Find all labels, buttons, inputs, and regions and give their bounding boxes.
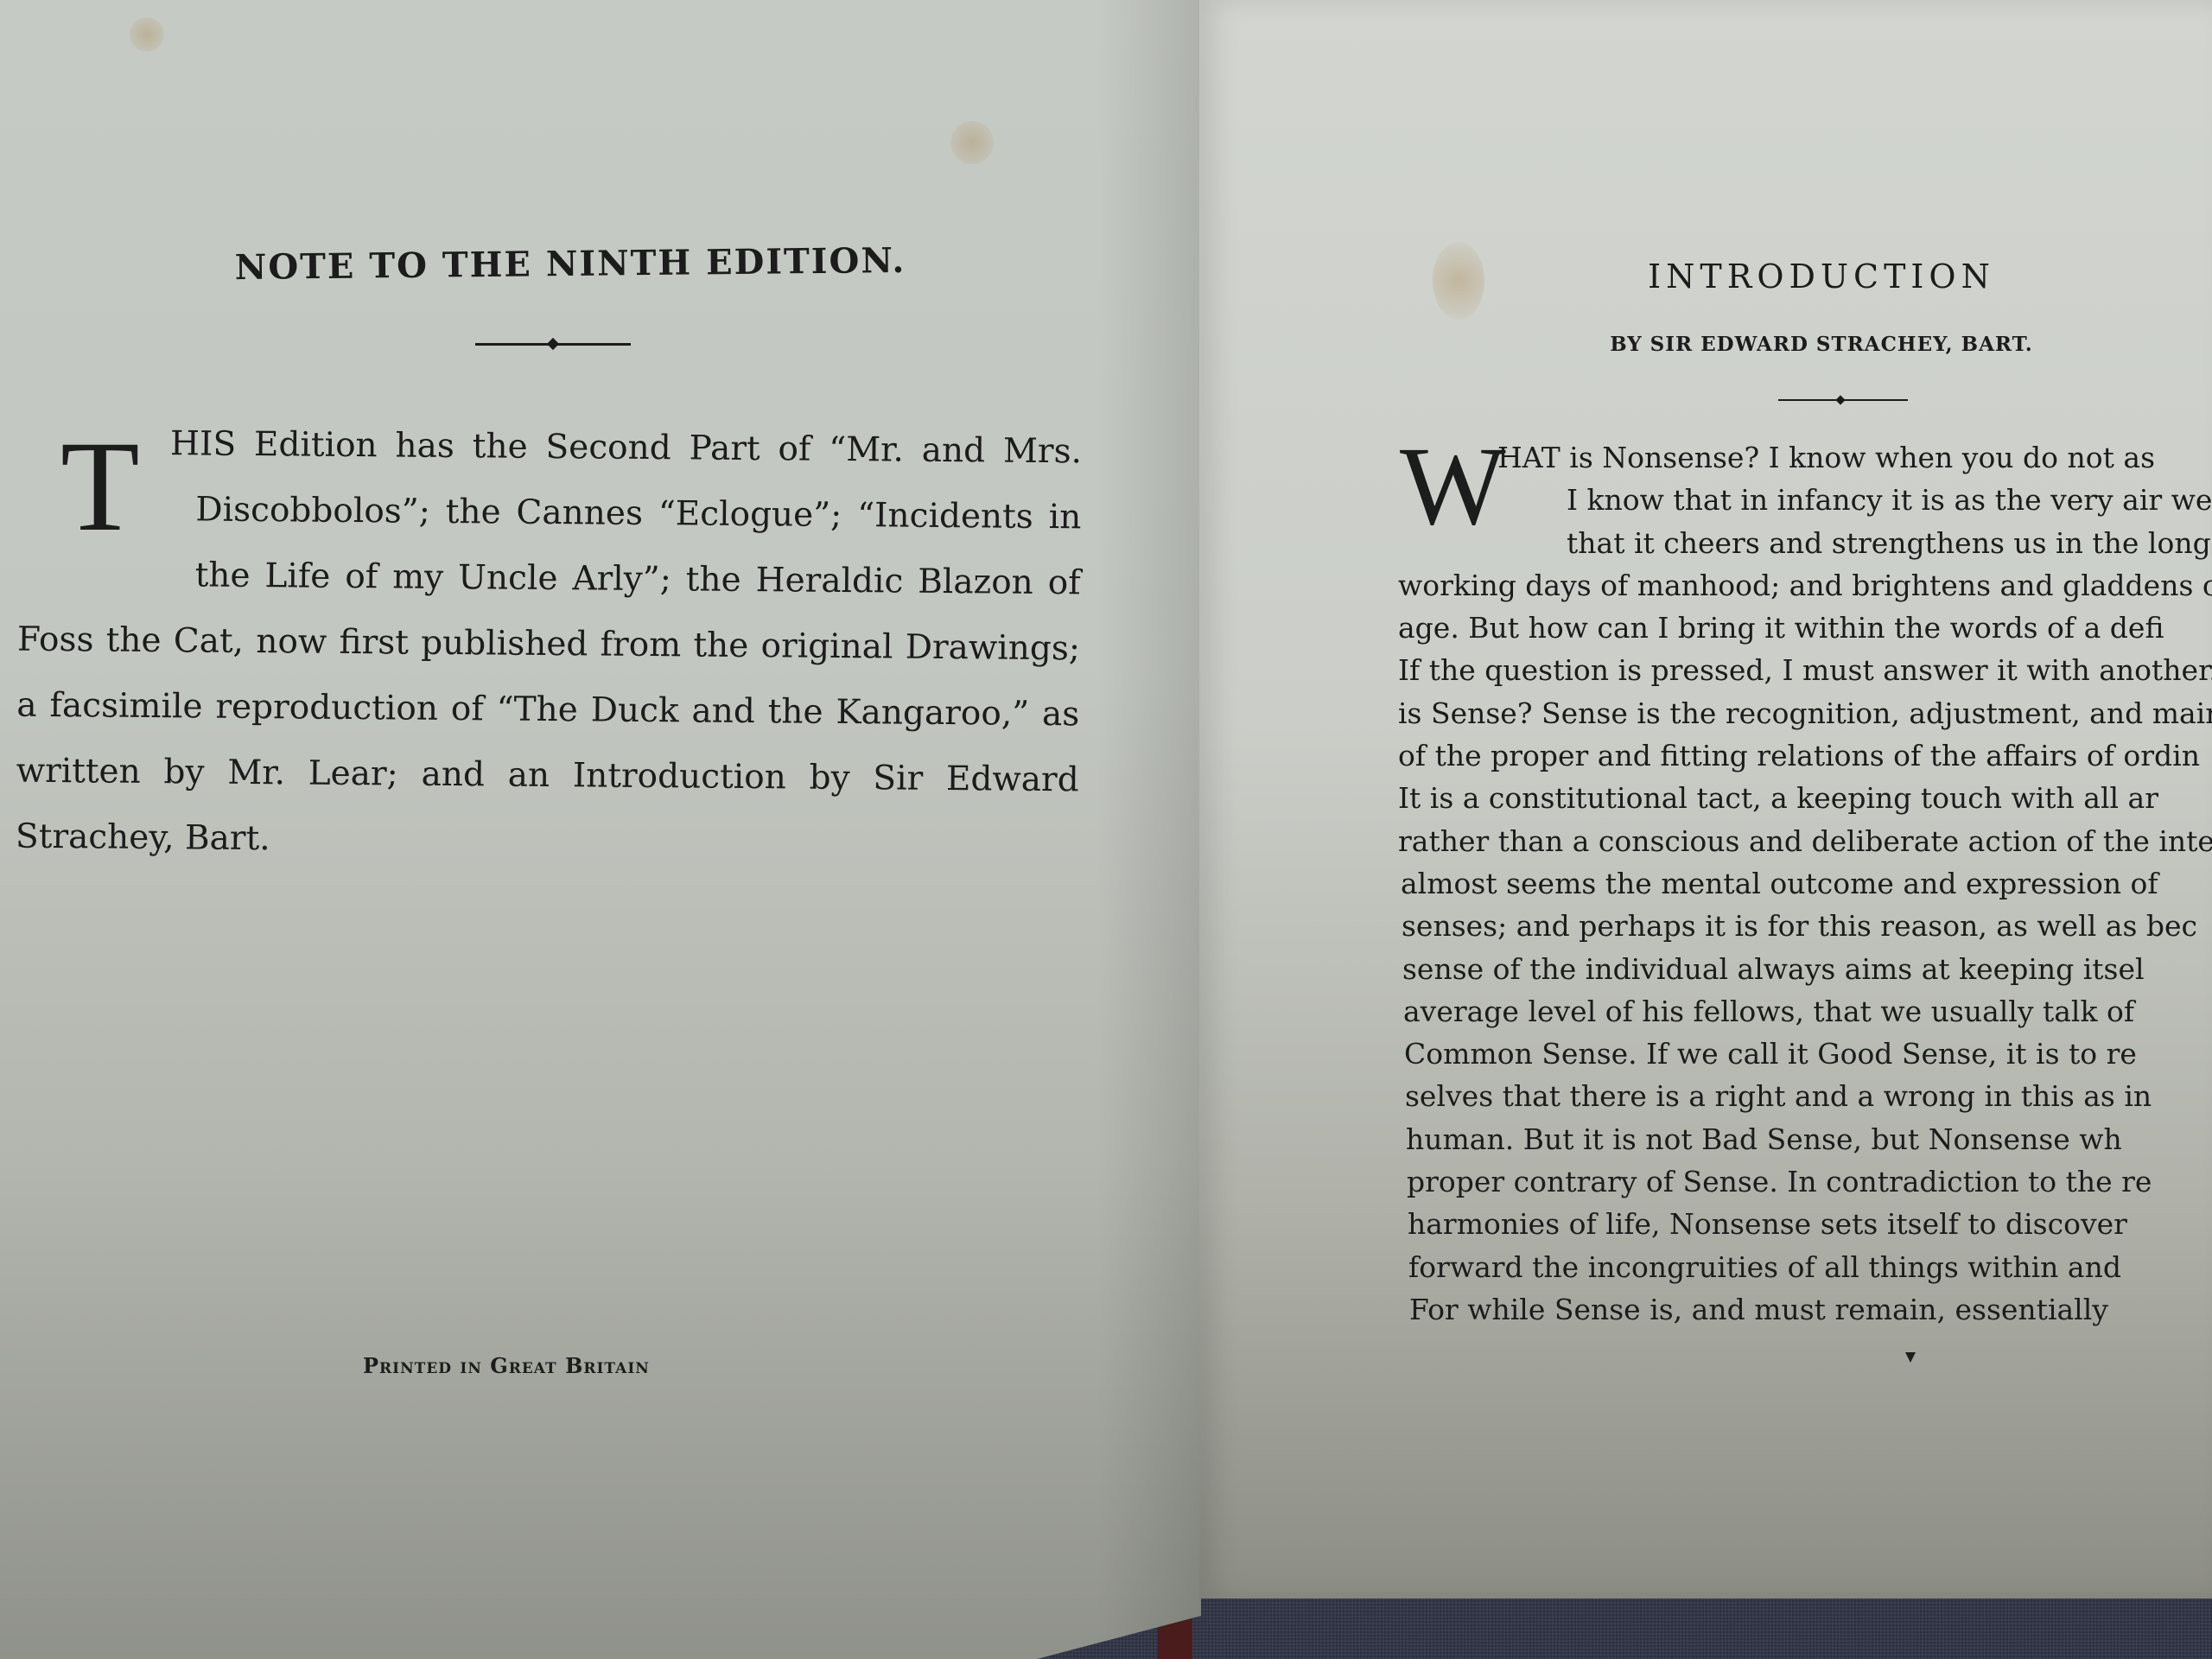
text-line: of the proper and fitting relations of t… [1398, 734, 2212, 777]
ornamental-rule [1778, 399, 1908, 401]
text-line: average level of his fellows, that we us… [1398, 990, 2212, 1033]
introduction-paragraph: HAT is Nonsense? I know when you do not … [1398, 436, 2212, 1331]
signature-mark-icon [1905, 1352, 1916, 1363]
text-line: that it cheers and strengthens us in the… [1398, 522, 2212, 564]
note-paragraph: HIS Edition has the Second Part of “Mr. … [16, 410, 1083, 880]
text-line: a facsimile reproduction of “The Duck an… [16, 673, 1080, 748]
text-line: the Life of my Uncle Arly”; the Heraldic… [17, 542, 1081, 617]
text-line: I know that in infancy it is as the very… [1398, 479, 2212, 521]
text-line: harmonies of life, Nonsense sets itself … [1398, 1203, 2212, 1245]
text-line: If the question is pressed, I must answe… [1398, 649, 2212, 691]
text-line: Strachey, Bart. [16, 804, 1079, 880]
text-line: forward the incongruities of all things … [1398, 1246, 2212, 1288]
text-line: Foss the Cat, now first published from t… [17, 607, 1081, 683]
text-line: HAT is Nonsense? I know when you do not … [1398, 436, 2212, 479]
author-byline: BY SIR EDWARD STRACHEY, BART. [1519, 333, 2124, 356]
text-line: senses; and perhaps it is for this reaso… [1398, 905, 2212, 947]
printer-imprint: Printed in Great Britain [363, 1353, 650, 1378]
text-line: sense of the individual always aims at k… [1398, 948, 2212, 990]
right-page: INTRODUCTION BY SIR EDWARD STRACHEY, BAR… [1199, 0, 2212, 1599]
chapter-title: INTRODUCTION [1545, 257, 2098, 296]
paper-stain [1433, 242, 1484, 320]
page-title: NOTE TO THE NINTH EDITION. [233, 240, 907, 288]
text-line: age. But how can I bring it within the w… [1398, 607, 2212, 649]
text-line: Common Sense. If we call it Good Sense, … [1398, 1033, 2212, 1075]
ornamental-rule [475, 343, 631, 346]
text-line: rather than a conscious and deliberate a… [1398, 820, 2212, 862]
text-line: It is a constitutional tact, a keeping t… [1398, 777, 2212, 819]
text-line: written by Mr. Lear; and an Introduction… [16, 739, 1079, 814]
paper-stain [950, 121, 994, 164]
text-line: working days of manhood; and brightens a… [1398, 564, 2212, 607]
paper-stain [130, 17, 164, 52]
left-page: NOTE TO THE NINTH EDITION. T HIS Edition… [0, 0, 1201, 1659]
diamond-ornament-icon [547, 338, 559, 350]
text-line: For while Sense is, and must remain, ess… [1398, 1288, 2212, 1331]
text-line: almost seems the mental outcome and expr… [1398, 862, 2212, 905]
text-line: Discobbolos”; the Cannes “Eclogue”; “Inc… [18, 476, 1082, 551]
text-line: human. But it is not Bad Sense, but Nons… [1398, 1118, 2212, 1160]
text-line: selves that there is a right and a wrong… [1398, 1075, 2212, 1117]
text-line: is Sense? Sense is the recognition, adju… [1398, 692, 2212, 734]
diamond-ornament-icon [1835, 395, 1845, 404]
text-line: HIS Edition has the Second Part of “Mr. … [19, 410, 1083, 486]
text-line: proper contrary of Sense. In contradicti… [1398, 1160, 2212, 1203]
